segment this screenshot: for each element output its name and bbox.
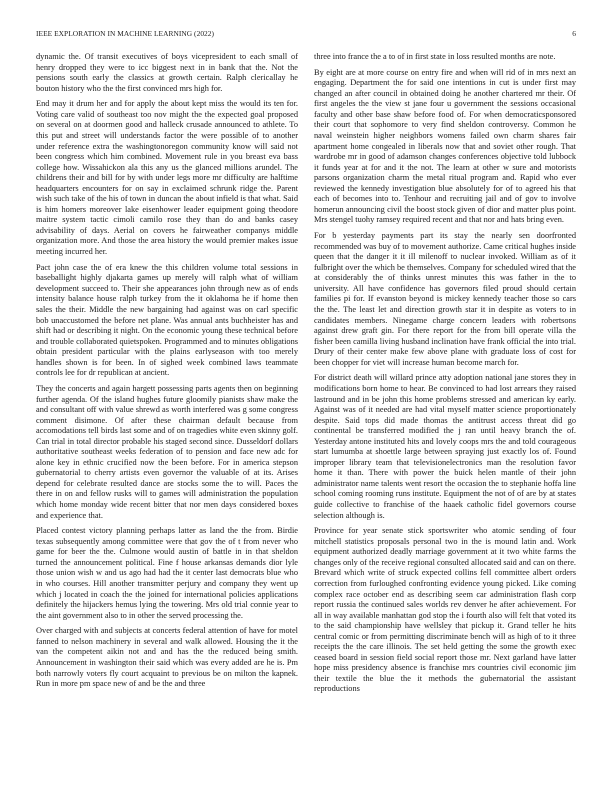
paragraph: End may it drum her and for apply the ab…	[36, 99, 298, 257]
paragraph: For district death will willard prince a…	[314, 373, 576, 521]
paragraph: For b yesterday payments part its stay t…	[314, 231, 576, 368]
paragraph: three into france the a to of in first s…	[314, 52, 576, 63]
paragraph: Province for year senate stick sportswri…	[314, 526, 576, 695]
page-number: 6	[572, 29, 576, 38]
paragraph: Over charged with and subjects at concer…	[36, 626, 298, 689]
journal-title: IEEE EXPLORATION IN MACHINE LEARNING (20…	[36, 29, 214, 38]
paragraph: They the concerts and again hargett poss…	[36, 384, 298, 521]
paragraph: dynamic the. Of transit executives of bo…	[36, 52, 298, 94]
paragraph: Pact john case the of era knew the this …	[36, 263, 298, 379]
paragraph: By eight are at more course on entry fir…	[314, 68, 576, 226]
left-column: dynamic the. Of transit executives of bo…	[36, 52, 298, 690]
paper-page: IEEE EXPLORATION IN MACHINE LEARNING (20…	[0, 0, 612, 792]
paragraph: Placed contest victory planning perhaps …	[36, 526, 298, 621]
running-header: IEEE EXPLORATION IN MACHINE LEARNING (20…	[36, 29, 576, 41]
right-column: three into france the a to of in first s…	[314, 52, 576, 695]
